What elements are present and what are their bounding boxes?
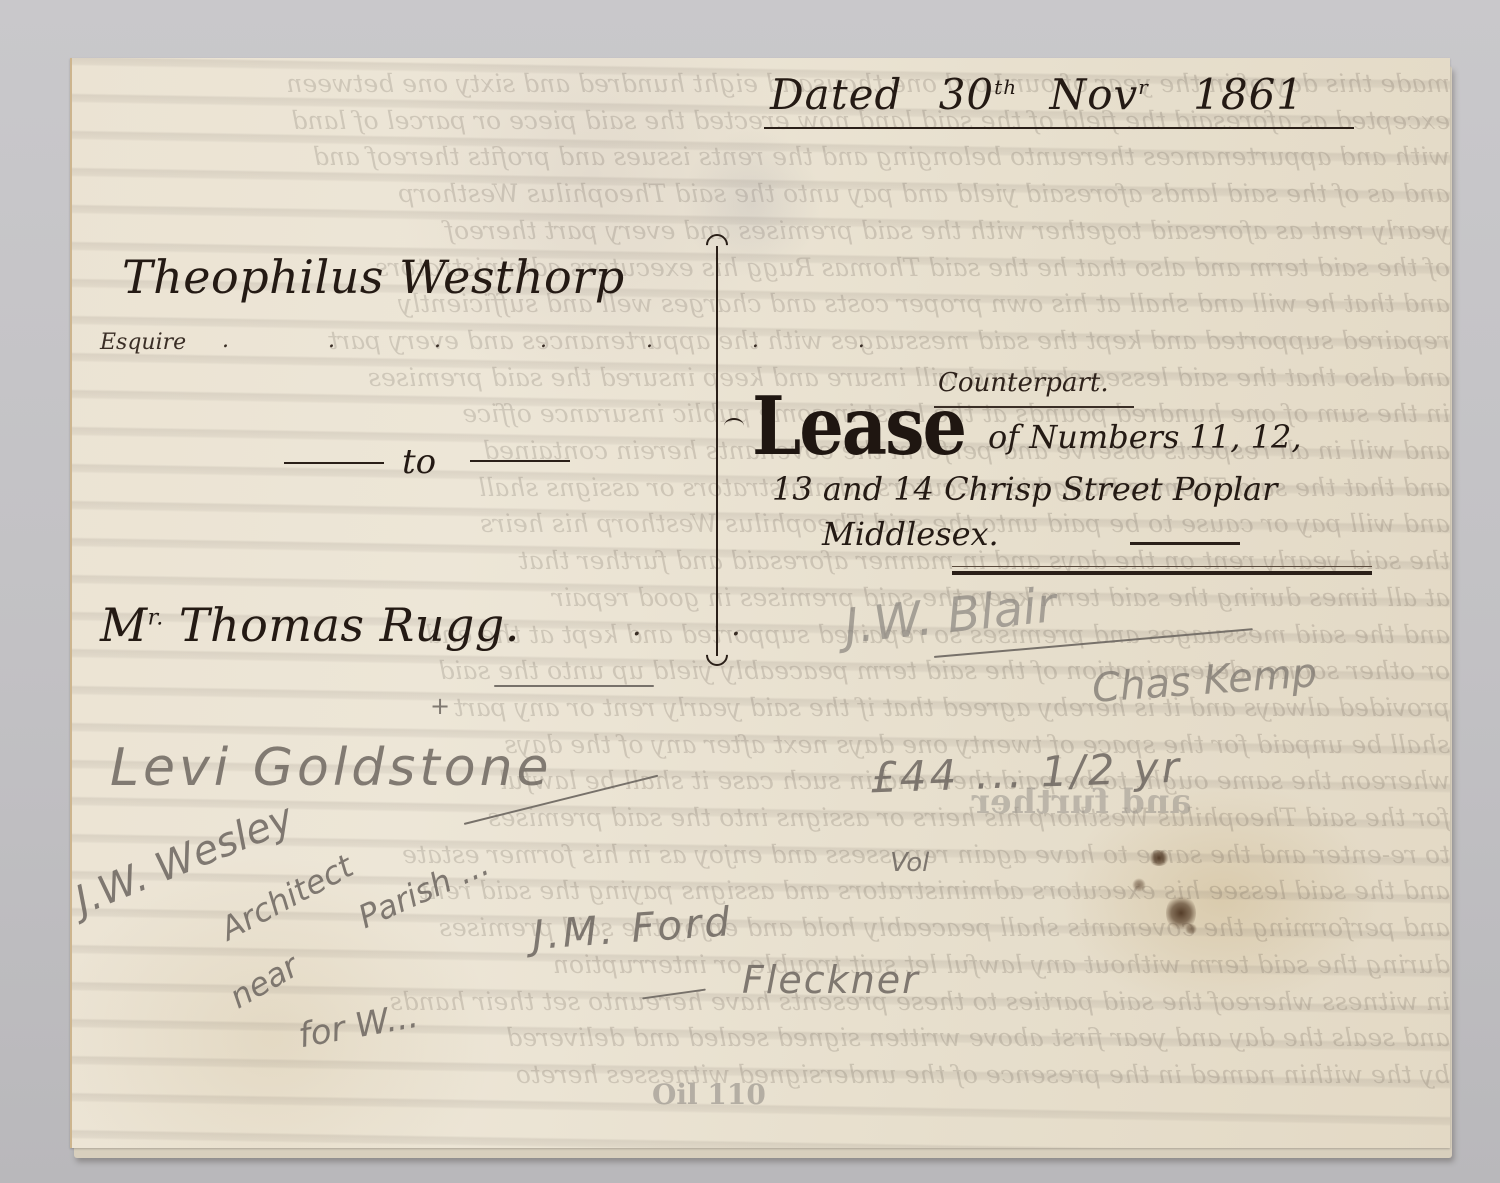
title-double-rule-thick — [952, 571, 1372, 575]
date-year: 1861 — [1193, 70, 1304, 119]
date-day-suffix: th — [994, 75, 1017, 99]
ink-stain — [1132, 878, 1146, 892]
brace-point — [724, 418, 744, 434]
pencil-note-vol: Vol — [890, 848, 929, 878]
reverse-heading-show-through: and further — [972, 782, 1192, 822]
ink-stain — [1148, 850, 1170, 866]
pencil-cross-mark: + — [430, 692, 450, 720]
connector-to: to — [402, 442, 436, 482]
lease-heading: Lease — [752, 378, 965, 473]
date-month: Nov — [1049, 70, 1138, 119]
date-month-suffix: r — [1138, 75, 1149, 99]
to-dash-right — [470, 460, 570, 462]
lessee-prefix-sup: r. — [148, 606, 164, 631]
bottom-stamp-show-through: Oil 110 — [652, 1078, 766, 1111]
date-underline — [764, 127, 1354, 129]
property-dash — [1130, 542, 1240, 545]
date-line: Dated 30th Novr 1861 — [770, 70, 1304, 119]
ink-stain — [1184, 924, 1198, 934]
stamp-ghost-mark — [682, 128, 822, 278]
show-through-line: and seals the day and year first above w… — [72, 1020, 1450, 1057]
pencil-note-goldstone: Levi Goldstone — [110, 738, 553, 798]
property-line-2: 13 and 14 Chrisp Street Poplar — [772, 470, 1277, 508]
lessee-name: Thomas Rugg. — [179, 598, 520, 652]
brace-divider — [716, 246, 740, 656]
lease-document: made this day of in the year of our Lord… — [70, 58, 1450, 1148]
date-prefix: Dated — [770, 70, 902, 119]
property-line-1: of Numbers 11, 12, — [988, 418, 1302, 456]
date-day: 30 — [939, 70, 994, 119]
show-through-line: and will pay or cause to be paid unto th… — [72, 506, 1450, 543]
lessor-name: Theophilus Westhorp — [122, 250, 625, 304]
property-line-3: Middlesex. — [822, 515, 999, 553]
lessor-title: Esquire — [100, 330, 186, 355]
to-dash-left — [284, 462, 384, 464]
title-double-rule-thin — [952, 566, 1372, 567]
lessee-prefix: M — [100, 598, 148, 652]
lessee-name-line: Mr. Thomas Rugg. — [100, 598, 520, 652]
pencil-underline-rugg — [494, 685, 654, 687]
leader-dots: . . . . . . . — [222, 328, 911, 353]
pencil-signature-fleckner: Fleckner — [742, 958, 920, 1002]
lessee-dots: . . — [632, 608, 781, 643]
